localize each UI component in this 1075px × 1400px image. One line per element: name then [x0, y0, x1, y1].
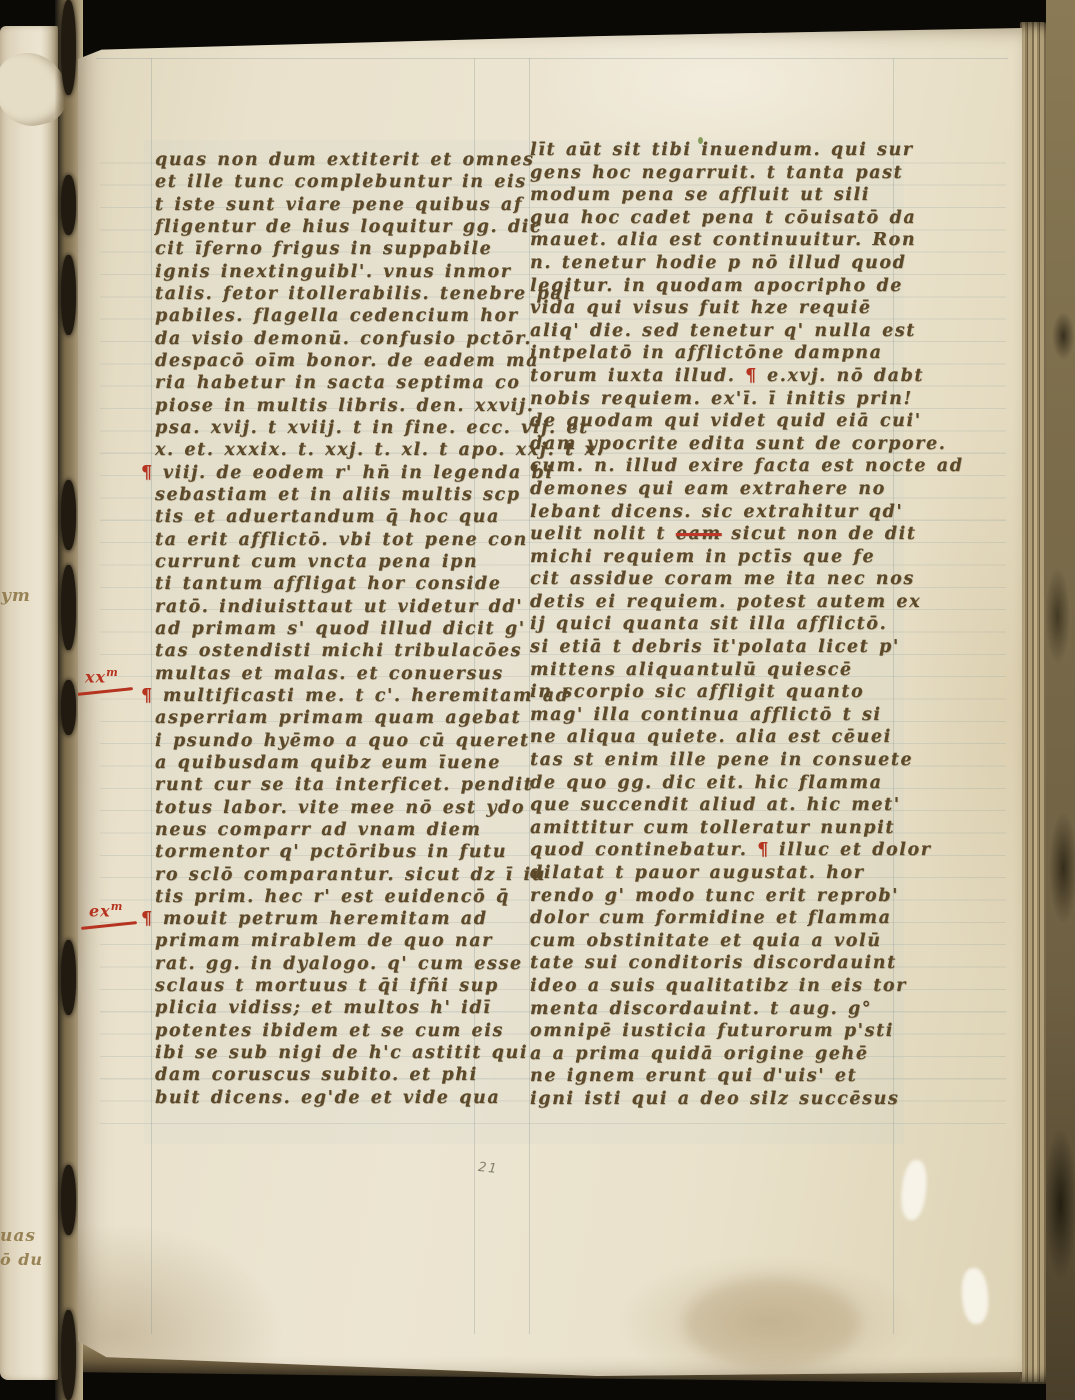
margin-annotation-sup: m	[111, 900, 124, 913]
manuscript-line: ¶ multificasti me. t c'. heremitam ad	[155, 685, 511, 707]
sewing-thread	[61, 680, 76, 735]
manuscript-line: piose in multis libris. den. xxvij.	[155, 395, 511, 417]
manuscript-line: gens hoc negarruit. t tanta past	[530, 162, 902, 185]
manuscript-line: dilatat t pauor augustat. hor	[530, 862, 902, 885]
manuscript-line: pabiles. flagella cedencium hor	[155, 305, 511, 327]
manuscript-line: amittitur cum tolleratur nunpit	[530, 817, 902, 840]
sewing-thread	[61, 175, 76, 235]
manuscript-line: uelit nolit t eam sicut non de dit	[530, 523, 902, 546]
bleedthrough-text: uas	[0, 1226, 36, 1246]
sewing-thread	[61, 565, 76, 650]
margin-annotation: exm	[89, 900, 123, 920]
manuscript-line: plicia vidiss; et multos h' idī	[155, 997, 511, 1019]
manuscript-line: de quo gg. dic eit. hic flamma	[530, 772, 902, 795]
manuscript-line: et ille tunc complebuntur in eis	[155, 171, 511, 193]
manuscript-line: rat. gg. in dyalogo. q' cum esse	[155, 953, 511, 975]
sewing-thread	[61, 255, 76, 335]
manuscript-line: ne aliqua quiete. alia est cēuei	[530, 726, 902, 749]
manuscript-line: dam ypocrite edita sunt de corpore.	[530, 433, 902, 456]
manuscript-line: neus comparr ad vnam diem	[155, 819, 511, 841]
manuscript-line: runt cur se ita interficet. pendit	[155, 774, 511, 796]
paraph-mark: ¶	[745, 366, 756, 386]
margin-annotation: xxm	[85, 666, 119, 686]
manuscript-line: currunt cum vncta pena ipn	[155, 551, 511, 573]
manuscript-photo: ym uas ō du quas non dum extiterit et om…	[0, 0, 1075, 1400]
manuscript-line: quas non dum extiterit et omnes	[155, 149, 511, 171]
sewing-thread	[61, 1165, 76, 1235]
manuscript-line: ij quici quanta sit illa afflictō.	[530, 613, 902, 636]
leather-cover-edge	[1046, 0, 1075, 1400]
manuscript-line: ignis inextinguibl'. vnus inmor	[155, 261, 511, 283]
manuscript-line: ratō. indiuisttaut ut videtur dd'	[155, 596, 511, 618]
manuscript-page: quas non dum extiterit et omneset ille t…	[78, 28, 1022, 1376]
bleedthrough-text: ō du	[0, 1250, 43, 1269]
paraph-mark: ¶	[141, 463, 152, 483]
manuscript-line: asperriam primam quam agebat	[155, 707, 511, 729]
red-strikethrough: eam	[676, 524, 722, 544]
manuscript-line: ro sclō comparantur. sicut dz ī iu	[155, 864, 511, 886]
stain	[684, 1278, 860, 1368]
manuscript-line: cit assidue coram me ita nec nos	[530, 568, 902, 591]
manuscript-line: da visio demonū. confusio pctōr.	[155, 328, 511, 350]
manuscript-line: ¶ mouit petrum heremitam ad	[155, 908, 511, 930]
manuscript-line: psa. xvij. t xviij. t in fine. ecc. vij.…	[155, 417, 511, 439]
manuscript-line: līt aūt sit tibi inuendum. qui sur	[530, 139, 902, 162]
sewing-thread	[61, 1310, 76, 1400]
manuscript-line: gua hoc cadet pena t cōuisatō da	[530, 207, 902, 230]
manuscript-line: tis prim. hec r' est euidencō q̄	[155, 886, 511, 908]
paraph-mark: ¶	[141, 909, 152, 929]
paraph-mark: ¶	[141, 686, 152, 706]
manuscript-line: tormentor q' pctōribus in futu	[155, 841, 511, 863]
manuscript-line: ¶ viij. de eodem r' hn̄ in legenda bi	[155, 462, 511, 484]
manuscript-line: ti tantum affligat hor conside	[155, 573, 511, 595]
manuscript-line: sebastiam et in aliis multis scp	[155, 484, 511, 506]
manuscript-line: mittens aliquantulū quiescē	[530, 659, 902, 682]
manuscript-line: ne ignem erunt qui d'uis' et	[530, 1065, 902, 1088]
manuscript-line: omnipē iusticia futurorum p'sti	[530, 1020, 902, 1043]
manuscript-line: multas et malas. et conuersus	[155, 663, 511, 685]
sewing-thread	[61, 940, 76, 1015]
parchment-repair-patch	[960, 1267, 990, 1325]
folio-number: 21	[477, 1160, 499, 1177]
manuscript-line: nobis requiem. ex'ī. ī initis prin!	[530, 388, 902, 411]
margin-annotation-text: ex	[89, 901, 111, 920]
manuscript-line: ad primam s' quod illud dicit g'	[155, 618, 511, 640]
manuscript-line: in scorpio sic affligit quanto	[530, 681, 902, 704]
manuscript-line: ria habetur in sacta septima co	[155, 372, 511, 394]
manuscript-line: cum obstinitate et quia a volū	[530, 930, 902, 953]
manuscript-line: torum iuxta illud. ¶ e.xvj. nō dabt	[530, 365, 902, 388]
manuscript-line: cum. n. illud exire facta est nocte ad	[530, 455, 902, 478]
manuscript-line: vida qui visus fuit hze requiē	[530, 297, 902, 320]
text-column-right: līt aūt sit tibi inuendum. qui surgens h…	[530, 139, 902, 1111]
margin-annotation-sup: m	[106, 666, 119, 679]
manuscript-line: tis et aduertandum q̄ hoc qua	[155, 506, 511, 528]
manuscript-line: que succendit aliud at. hic met'	[530, 794, 902, 817]
manuscript-line: tas ostendisti michi tribulacōes	[155, 640, 511, 662]
manuscript-line: mauet. alia est continuuitur. Ron	[530, 229, 902, 252]
manuscript-line: tate sui conditoris discordauint	[530, 952, 902, 975]
ruling-line	[96, 58, 1008, 59]
manuscript-line: de quodam qui videt quid eiā cui'	[530, 410, 902, 433]
manuscript-line: quod continebatur. ¶ illuc et dolor	[530, 839, 902, 862]
manuscript-line: modum pena se affluit ut sili	[530, 184, 902, 207]
manuscript-line: rendo g' modo tunc erit reprob'	[530, 885, 902, 908]
manuscript-line: ta erit afflictō. vbi tot pene con	[155, 529, 511, 551]
manuscript-line: menta discordauint. t aug. g°	[530, 998, 902, 1021]
manuscript-line: intpelatō in afflictōne dampna	[530, 342, 902, 365]
paraph-mark: ¶	[757, 840, 768, 860]
manuscript-line: primam mirablem de quo nar	[155, 930, 511, 952]
manuscript-line: dolor cum formidine et flamma	[530, 907, 902, 930]
manuscript-line: mag' illa continua afflictō t si	[530, 704, 902, 727]
manuscript-line: buit dicens. eg'de et vide qua	[155, 1087, 511, 1109]
manuscript-line: michi requiem in pctīs que fe	[530, 546, 902, 569]
manuscript-line: a quibusdam quibz eum īuene	[155, 752, 511, 774]
manuscript-line: talis. fetor itollerabilis. tenebre pal	[155, 283, 511, 305]
manuscript-line: fligentur de hius loquitur gg. dic	[155, 216, 511, 238]
manuscript-line: a a prima quidā origine gehē	[530, 1043, 902, 1066]
manuscript-line: lebant dicens. sic extrahitur qd'	[530, 501, 902, 524]
manuscript-line: n. tenetur hodie p nō illud quod	[530, 252, 902, 275]
parchment-repair-patch	[899, 1159, 929, 1221]
bleedthrough-text: ym	[1, 586, 31, 606]
manuscript-line: ideo a suis qualitatibz in eis tor	[530, 975, 902, 998]
manuscript-line: igni isti qui a deo silz succēsus	[530, 1088, 902, 1111]
manuscript-line: ibi se sub nigi de h'c astitit qui	[155, 1042, 511, 1064]
manuscript-line: despacō oīm bonor. de eadem ma	[155, 350, 511, 372]
manuscript-line: dam coruscus subito. et phi	[155, 1064, 511, 1086]
sewing-thread	[61, 0, 76, 95]
facing-page-edge: ym uas ō du	[0, 26, 58, 1380]
manuscript-line: demones qui eam extrahere no	[530, 478, 902, 501]
manuscript-line: x. et. xxxix. t. xxj. t. xl. t apo. xxj.…	[155, 439, 511, 461]
manuscript-line: i psundo hyēmo a quo cū queret'	[155, 730, 511, 752]
manuscript-line: detis ei requiem. potest autem ex	[530, 591, 902, 614]
manuscript-line: totus labor. vite mee nō est ydo	[155, 797, 511, 819]
manuscript-line: t iste sunt viare pene quibus af	[155, 194, 511, 216]
margin-annotation-text: xx	[85, 667, 106, 686]
manuscript-line: aliq' die. sed tenetur q' nulla est	[530, 320, 902, 343]
manuscript-line: si etiā t debris īt'polata licet p'	[530, 636, 902, 659]
manuscript-line: sclaus t mortuus t q̄i ifñi sup	[155, 975, 511, 997]
manuscript-line: cit īferno frigus in suppabile	[155, 238, 511, 260]
sewing-thread	[61, 480, 76, 550]
manuscript-line: tas st enim ille pene in consuete	[530, 749, 902, 772]
manuscript-line: potentes ibidem et se cum eis	[155, 1020, 511, 1042]
manuscript-line: legitur. in quodam apocripho de	[530, 275, 902, 298]
text-column-left: quas non dum extiterit et omneset ille t…	[155, 149, 511, 1109]
